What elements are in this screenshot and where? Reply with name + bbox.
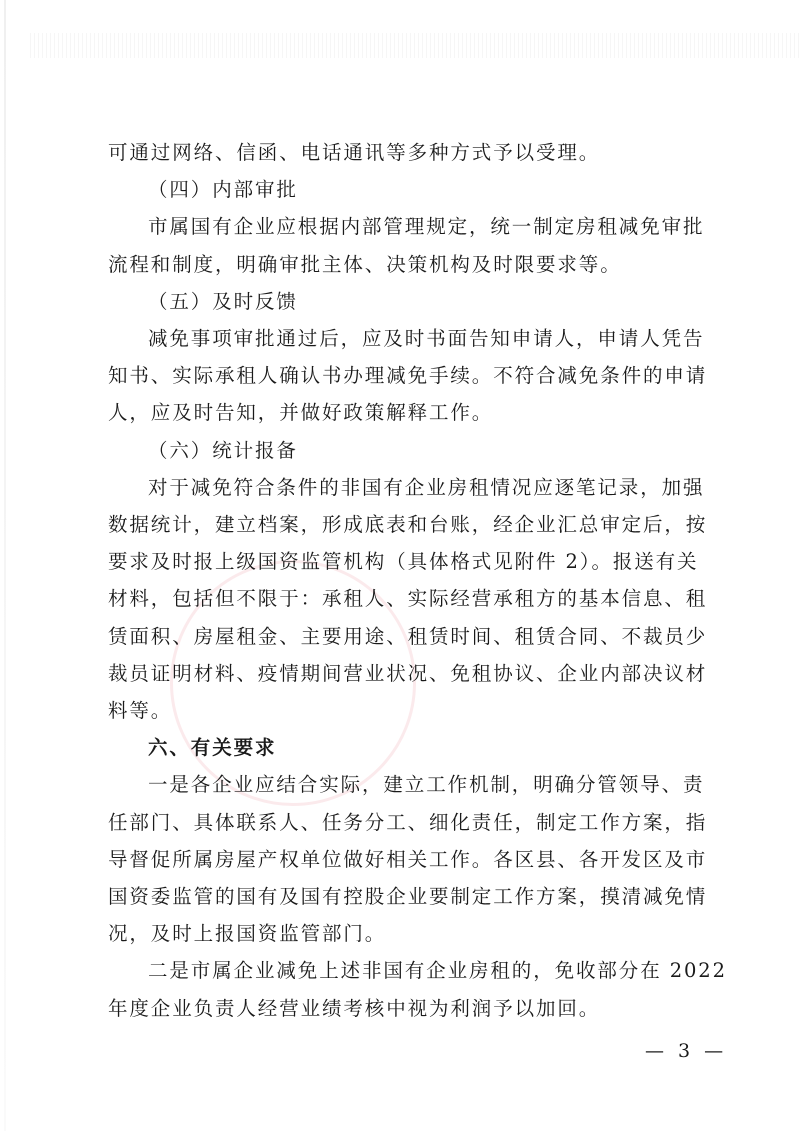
text-line: 国资委监管的国有及国有控股企业要制定工作方案，摸清减免情 <box>108 878 708 915</box>
text-line: 数据统计，建立档案，形成底表和台账，经企业汇总审定后，按 <box>108 506 708 543</box>
section-heading-6: （六）统计报备 <box>108 432 708 469</box>
document-body: 可通过网络、信函、电话通讯等多种方式予以受理。 （四）内部审批 市属国有企业应根… <box>108 134 708 1027</box>
section-heading-5: （五）及时反馈 <box>108 283 708 320</box>
text-line: 市属国有企业应根据内部管理规定，统一制定房租减免审批 <box>108 208 708 245</box>
text-line: 可通过网络、信函、电话通讯等多种方式予以受理。 <box>108 134 708 171</box>
text-line: 年度企业负责人经营业绩考核中视为利润予以加回。 <box>108 990 708 1027</box>
scan-edge <box>4 0 6 1131</box>
text-line: 一是各企业应结合实际，建立工作机制，明确分管领导、责 <box>108 766 708 803</box>
text-line: 材料，包括但不限于：承租人、实际经营承租方的基本信息、租 <box>108 580 708 617</box>
text-line: 况，及时上报国资监管部门。 <box>108 915 708 952</box>
text-line: 二是市属企业减免上述非国有企业房租的，免收部分在 2022 <box>108 952 708 989</box>
page-number: — 3 — <box>645 1040 727 1062</box>
text-line: 人，应及时告知，并做好政策解释工作。 <box>108 394 708 431</box>
chapter-heading-requirements: 六、有关要求 <box>108 729 708 766</box>
text-line: 知书、实际承租人确认书办理减免手续。不符合减免条件的申请 <box>108 357 708 394</box>
text-line: 裁员证明材料、疫情期间营业状况、免租协议、企业内部决议材 <box>108 655 708 692</box>
text-line: 对于减免符合条件的非国有企业房租情况应逐笔记录，加强 <box>108 469 708 506</box>
text-line: 料等。 <box>108 692 708 729</box>
text-line: 赁面积、房屋租金、主要用途、租赁时间、租赁合同、不裁员少 <box>108 618 708 655</box>
text-line: 流程和制度，明确审批主体、决策机构及时限要求等。 <box>108 246 708 283</box>
section-heading-4: （四）内部审批 <box>108 171 708 208</box>
text-line: 要求及时报上级国资监管机构（具体格式见附件 2）。报送有关 <box>108 543 708 580</box>
scan-noise-band <box>30 33 800 58</box>
text-line: 减免事项审批通过后，应及时书面告知申请人，申请人凭告 <box>108 320 708 357</box>
text-line: 导督促所属房屋产权单位做好相关工作。各区县、各开发区及市 <box>108 841 708 878</box>
text-line: 任部门、具体联系人、任务分工、细化责任，制定工作方案，指 <box>108 804 708 841</box>
